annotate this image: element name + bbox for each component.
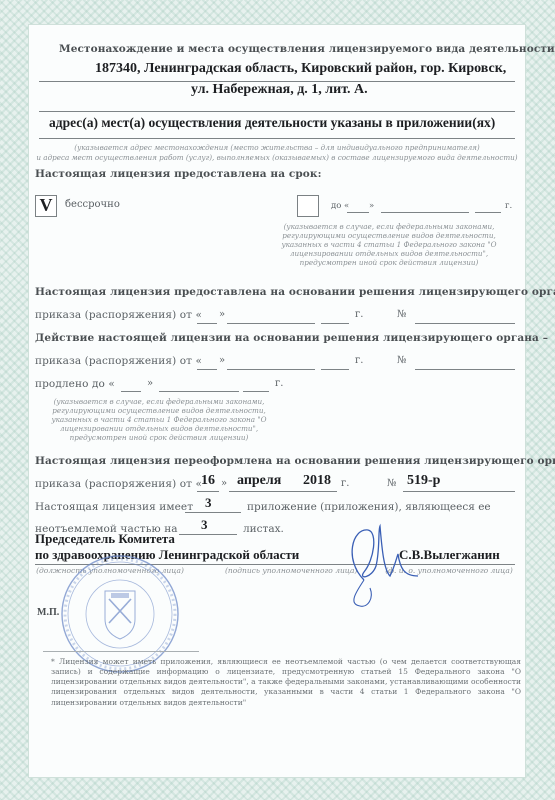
- granted-number-field[interactable]: [415, 323, 515, 324]
- address-line-1: 187340, Ленинградская область, Кировский…: [95, 61, 506, 77]
- appendix-count-field[interactable]: [185, 512, 241, 513]
- reissued-month: апреля: [237, 473, 281, 489]
- stamp-label: М.П.: [37, 607, 59, 618]
- reissued-order-mid: »: [221, 478, 227, 489]
- address-note-2: и адреса мест осуществления работ (услуг…: [29, 153, 525, 162]
- reissued-day-field[interactable]: [197, 491, 219, 492]
- footnote-rule: [43, 651, 199, 652]
- extended-number-field[interactable]: [415, 369, 515, 370]
- until-prefix: до «: [331, 201, 349, 211]
- sheets-count: 3: [201, 517, 208, 533]
- location-heading: Местонахождение и места осуществления ли…: [59, 43, 555, 55]
- extended-until-day-field[interactable]: [121, 391, 141, 392]
- check-mark-icon: V: [36, 195, 56, 216]
- reissued-year: 2018: [303, 473, 331, 489]
- granted-day-field[interactable]: [197, 323, 217, 324]
- address-rule-2: [39, 111, 515, 112]
- reissued-year-suffix: г.: [341, 478, 349, 489]
- extended-until-month-field[interactable]: [159, 391, 239, 392]
- granted-number-label: №: [397, 309, 406, 320]
- footnote: * Лицензия может иметь приложения, являю…: [51, 657, 521, 708]
- extended-month-field[interactable]: [227, 369, 315, 370]
- extended-year-suffix: г.: [355, 355, 363, 366]
- granted-month-field[interactable]: [227, 323, 315, 324]
- reissued-heading: Настоящая лицензия переоформлена на осно…: [35, 455, 555, 467]
- term-heading: Настоящая лицензия предоставлена на срок…: [35, 168, 322, 180]
- granted-year-field[interactable]: [321, 323, 349, 324]
- appendix-suffix: приложение (приложения), являющееся ее: [247, 501, 491, 513]
- sheets-suffix: листах.: [243, 523, 284, 535]
- appendix-prefix: Настоящая лицензия имеет: [35, 501, 193, 513]
- until-year-field[interactable]: [475, 212, 501, 213]
- extended-note: (указывается в случае, если федеральными…: [39, 397, 279, 442]
- indefinite-checkbox[interactable]: V: [35, 195, 57, 217]
- signatory-position-line-1: Председатель Комитета: [35, 531, 175, 547]
- until-date-checkbox[interactable]: [297, 195, 319, 217]
- address-note-1: (указывается адрес местонахождения (мест…: [29, 143, 525, 152]
- until-month-field[interactable]: [381, 212, 469, 213]
- extended-order-prefix: приказа (распоряжения) от «: [35, 355, 202, 367]
- extended-year-field[interactable]: [321, 369, 349, 370]
- sheets-count-field[interactable]: [179, 534, 237, 535]
- reissued-number-label: №: [387, 478, 396, 489]
- reissued-number-field[interactable]: [403, 491, 515, 492]
- reissued-day: 16: [201, 473, 215, 489]
- granted-year-suffix: г.: [355, 309, 363, 320]
- signature-icon: [334, 520, 424, 610]
- extended-heading: Действие настоящей лицензии на основании…: [35, 332, 548, 344]
- address-rule-3: [39, 138, 515, 139]
- license-page: Местонахождение и места осуществления ли…: [28, 24, 526, 778]
- extended-number-label: №: [397, 355, 406, 366]
- extended-until-suffix: г.: [275, 378, 283, 389]
- address-places: адрес(а) мест(а) осуществления деятельно…: [49, 115, 495, 131]
- granted-heading: Настоящая лицензия предоставлена на осно…: [35, 286, 555, 298]
- extended-until-year-field[interactable]: [243, 391, 269, 392]
- granted-order-prefix: приказа (распоряжения) от «: [35, 309, 202, 321]
- reissued-year-field[interactable]: [301, 491, 337, 492]
- until-suffix: г.: [505, 201, 512, 211]
- until-mid: »: [369, 201, 374, 211]
- extended-day-field[interactable]: [197, 369, 217, 370]
- indefinite-label: бессрочно: [65, 199, 120, 210]
- term-note: (указывается в случае, если федеральными…: [279, 222, 499, 267]
- extended-order-mid: »: [219, 355, 225, 366]
- extended-until-prefix: продлено до «: [35, 378, 115, 390]
- extended-until-mid: »: [147, 378, 153, 389]
- address-line-2: ул. Набережная, д. 1, лит. А.: [191, 82, 368, 98]
- until-day-field[interactable]: [347, 212, 369, 213]
- granted-order-mid: »: [219, 309, 225, 320]
- reissued-order-prefix: приказа (распоряжения) от «: [35, 478, 202, 490]
- appendix-count: 3: [205, 495, 212, 511]
- reissued-number: 519-р: [407, 473, 440, 489]
